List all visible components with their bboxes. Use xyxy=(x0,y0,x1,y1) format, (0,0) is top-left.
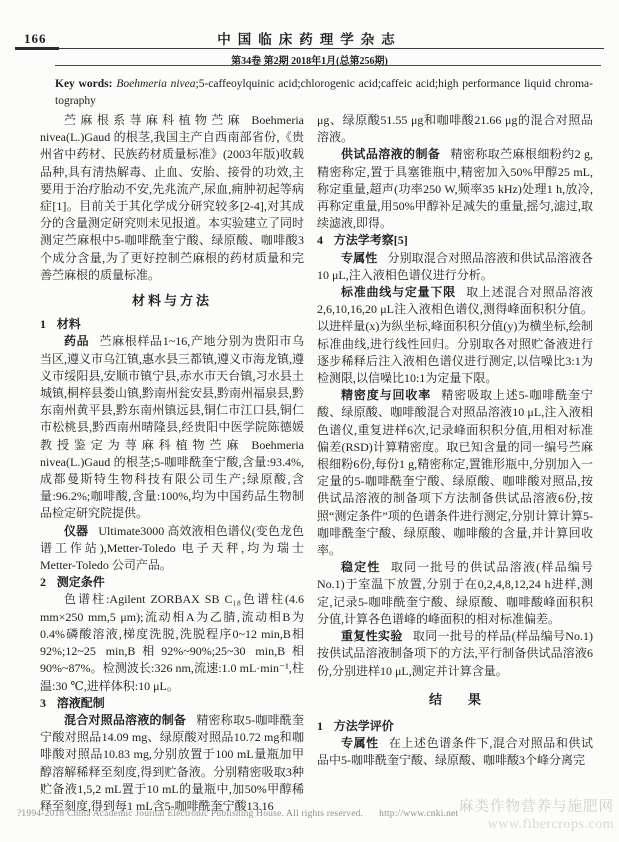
keywords-label: Key words: xyxy=(55,78,112,90)
section-heading-results: 结 果 xyxy=(317,691,593,708)
paragraph-text: μg、绿原酸51.55 μg和咖啡酸21.66 μg的混合对照品溶液。 xyxy=(317,113,593,144)
paragraph-lead: 稳定性 xyxy=(341,560,381,574)
subsection-heading-methodology: 4方法学考察[5] xyxy=(317,232,593,249)
header-rule-page-number-underline xyxy=(15,47,59,50)
paragraph-lead: 仪器 xyxy=(64,524,88,538)
header-rule-top xyxy=(15,48,604,49)
paragraph-text: 苎麻根样品1~16,产地分别为贵阳市乌当区,遵义市乌江镇,惠水县三都镇,遵义市海… xyxy=(40,334,304,520)
precision-recovery-paragraph: 精密度与回收率精密吸取上述5-咖啡酰奎宁酸、绿原酸、咖啡酸混合对照品溶液10 μ… xyxy=(317,387,593,559)
stability-paragraph: 稳定性取同一批号的供试品溶液(样品编号No.1)于室温下放置,分别于在0,2,4… xyxy=(317,559,593,628)
subsection-title: 溶液配制 xyxy=(57,696,105,710)
cnki-url: http://www.cnki.net xyxy=(379,809,458,819)
copyright-line: ?1994-2018 China Academic Journal Electr… xyxy=(17,809,458,819)
chromatography-conditions-paragraph: 色谱柱:Agilent ZORBAX SB C₁₈色谱柱(4.6 mm×250 … xyxy=(40,591,304,694)
subsection-heading-solutions: 3溶液配制 xyxy=(40,695,304,712)
subsection-heading-method-evaluation: 1方法学评价 xyxy=(317,718,593,735)
paragraph-text: 取上述混合对照品溶液2,6,10,16,20 μL注入液相色谱仪,测得峰面积积分… xyxy=(317,285,593,385)
right-column: μg、绿原酸51.55 μg和咖啡酸21.66 μg的混合对照品溶液。 供试品溶… xyxy=(317,112,593,770)
subsection-number: 1 xyxy=(40,317,46,331)
copyright-text: ?1994-2018 China Academic Journal Electr… xyxy=(17,809,363,819)
journal-title: 中国临床药理学杂志 xyxy=(0,28,619,48)
subsection-heading-materials: 1材料 xyxy=(40,316,304,333)
paragraph-text: 苎麻根系荨麻科植物苎麻 Boehmeria nivea(L.)Gaud 的根茎,… xyxy=(40,113,304,282)
paragraph-lead: 标准曲线与定量下限 xyxy=(341,285,456,299)
left-column: 苎麻根系荨麻科植物苎麻 Boehmeria nivea(L.)Gaud 的根茎,… xyxy=(40,112,304,815)
subsection-title: 方法学考察[5] xyxy=(334,233,408,247)
subsection-number: 3 xyxy=(40,696,46,710)
journal-page-scan: 166 中国临床药理学杂志 第34卷 第2期 2018年1月(总第256期) K… xyxy=(0,0,619,842)
test-solution-paragraph: 供试品溶液的制备精密称取苎麻根细粉约2 g,精密称定,置于具塞锥瓶中,精密加入5… xyxy=(317,146,593,232)
continuation-paragraph: μg、绿原酸51.55 μg和咖啡酸21.66 μg的混合对照品溶液。 xyxy=(317,112,593,146)
results-specificity-paragraph: 专属性在上述色谱条件下,混合对照品和供试品中5-咖啡酰奎宁酸、绿原酸、咖啡酸3个… xyxy=(317,735,593,769)
mixed-reference-solution-paragraph: 混合对照品溶液的制备精密称取5-咖啡酰奎宁酸对照品14.09 mg、绿原酸对照品… xyxy=(40,712,304,815)
watermark-url-text: www.fibercrops.com xyxy=(459,816,614,833)
paragraph-text: 精密称取5-咖啡酰奎宁酸对照品14.09 mg、绿原酸对照品10.72 mg和咖… xyxy=(40,713,304,813)
paragraph-lead: 专属性 xyxy=(341,251,377,265)
paragraph-lead: 专属性 xyxy=(341,736,379,750)
paragraph-lead: 重复性实验 xyxy=(341,629,403,643)
subsection-title: 测定条件 xyxy=(57,575,105,589)
keywords-block: Key words:Boehmeria nivea;5-caffeoylquin… xyxy=(55,76,593,110)
paragraph-lead: 混合对照品溶液的制备 xyxy=(64,713,186,727)
paragraph-text: 精密吸取上述5-咖啡酰奎宁酸、绿原酸、咖啡酸混合对照品溶液10 μL,注入液相色… xyxy=(317,388,593,557)
subsection-heading-conditions: 2测定条件 xyxy=(40,574,304,591)
subsection-number: 4 xyxy=(317,233,323,247)
header-rule-bottom xyxy=(55,65,601,66)
subsection-number: 2 xyxy=(40,575,46,589)
paragraph-text: 色谱柱:Agilent ZORBAX SB C₁₈色谱柱(4.6 mm×250 … xyxy=(40,592,304,692)
intro-paragraph: 苎麻根系荨麻科植物苎麻 Boehmeria nivea(L.)Gaud 的根茎,… xyxy=(40,112,304,284)
paragraph-lead: 药品 xyxy=(64,334,89,348)
instruments-paragraph: 仪器Ultimate3000 高效液相色谱仪(变色龙色谱工作站),Metter-… xyxy=(40,523,304,575)
subsection-title: 材料 xyxy=(57,317,81,331)
section-heading-materials-methods: 材料与方法 xyxy=(40,292,304,309)
drugs-paragraph: 药品苎麻根样品1~16,产地分别为贵阳市乌当区,遵义市乌江镇,惠水县三都镇,遵义… xyxy=(40,333,304,522)
watermark: 麻类作物营养与施肥网 www.fibercrops.com xyxy=(459,799,614,833)
specificity-paragraph: 专属性分别取混合对照品溶液和供试品溶液各10 μL,注入液相色谱仪进行分析。 xyxy=(317,250,593,284)
repeatability-paragraph: 重复性实验取同一批号的样品(样品编号No.1)按供试品溶液制备项下的方法,平行制… xyxy=(317,628,593,680)
watermark-chinese-text: 麻类作物营养与施肥网 xyxy=(459,799,614,816)
paragraph-lead: 供试品溶液的制备 xyxy=(341,147,440,161)
subsection-title: 方法学评价 xyxy=(334,719,394,733)
paragraph-lead: 精密度与回收率 xyxy=(341,388,431,402)
standard-curve-paragraph: 标准曲线与定量下限取上述混合对照品溶液2,6,10,16,20 μL注入液相色谱… xyxy=(317,284,593,387)
keywords-species-name: Boehmeria nivea xyxy=(116,78,195,90)
subsection-number: 1 xyxy=(317,719,323,733)
